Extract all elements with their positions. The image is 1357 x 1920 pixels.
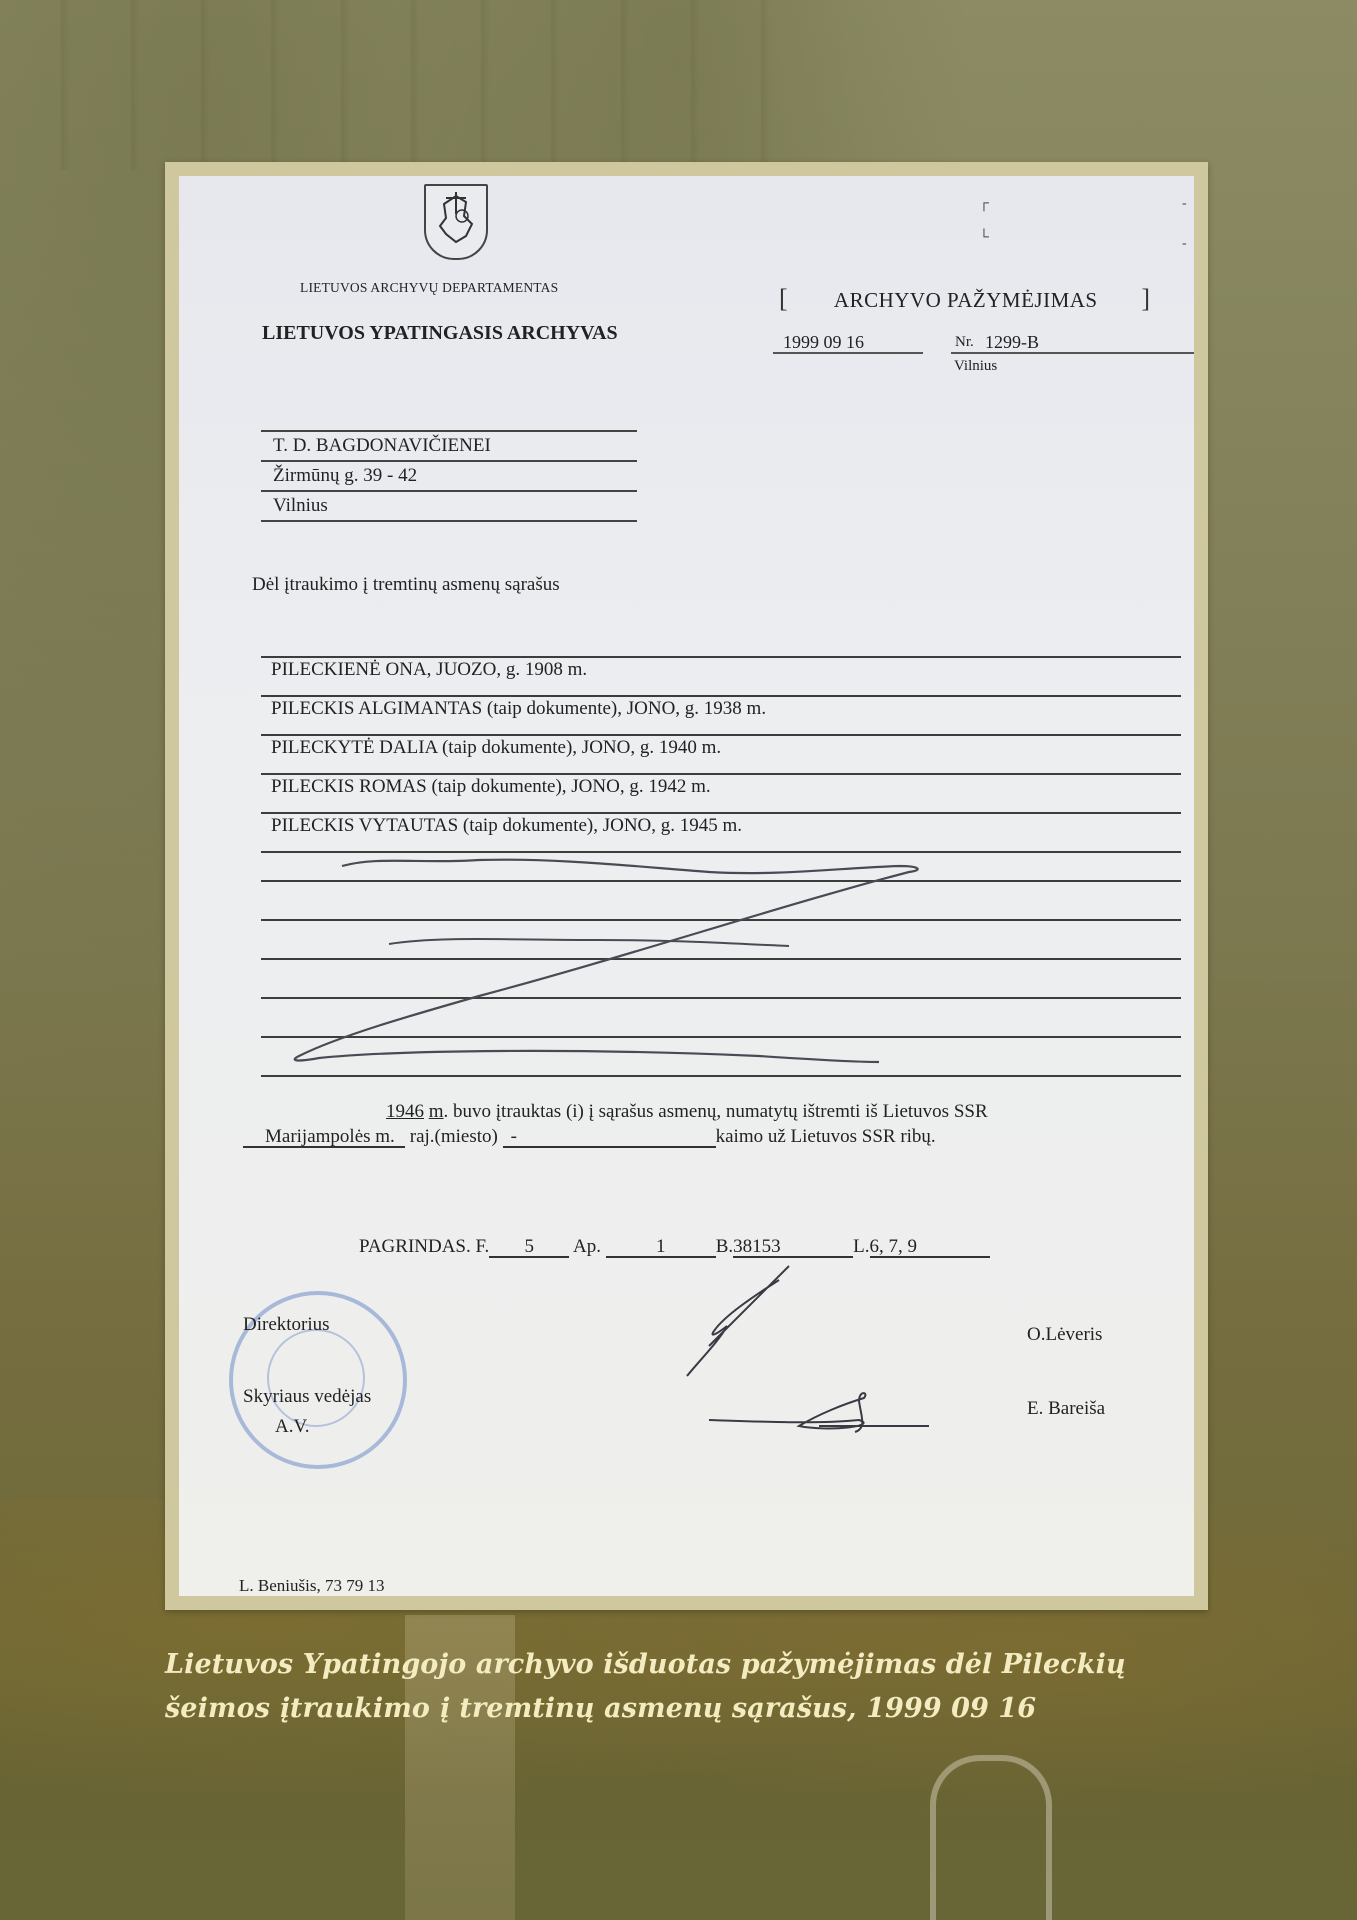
caption-line-2: šeimos įtraukimo į tremtinų asmenų sąraš… — [165, 1687, 1265, 1731]
caption-line-1: Lietuvos Ypatingojo archyvo išduotas paž… — [165, 1643, 1265, 1687]
document-frame: LIETUVOS ARCHYVŲ DEPARTAMENTAS LIETUVOS … — [165, 162, 1208, 1610]
head-name: E. Bareiša — [1027, 1398, 1105, 1420]
prepared-by-contact: L. Beniušis, 73 79 13 — [239, 1576, 384, 1596]
background-willow-branches — [0, 0, 800, 170]
background-gate — [930, 1755, 1052, 1920]
figure-caption: Lietuvos Ypatingojo archyvo išduotas paž… — [165, 1643, 1265, 1731]
archive-certificate: LIETUVOS ARCHYVŲ DEPARTAMENTAS LIETUVOS … — [179, 176, 1194, 1596]
director-name: O.Lėveris — [1027, 1324, 1102, 1346]
handwritten-signatures — [179, 176, 1194, 1476]
